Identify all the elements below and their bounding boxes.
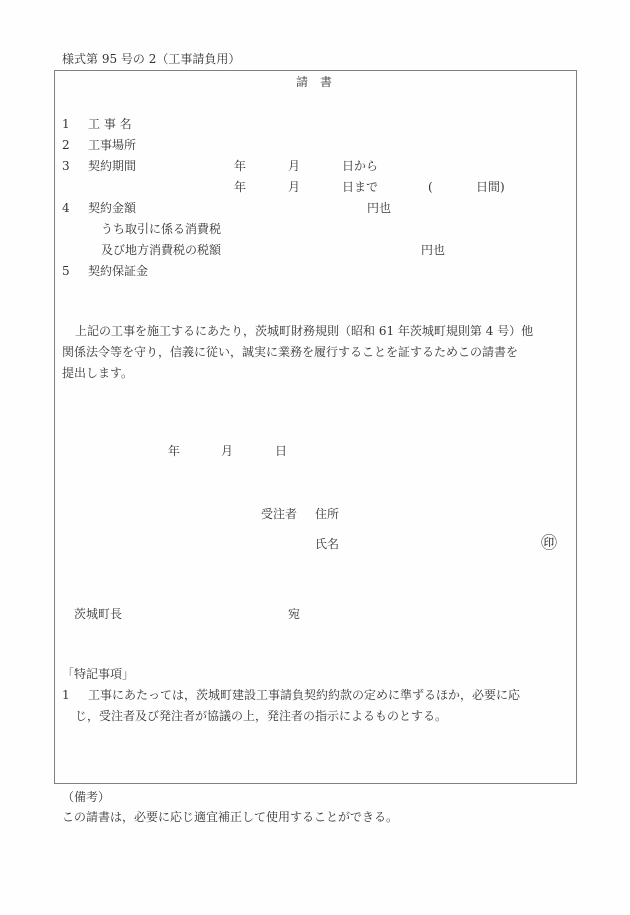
item-label-contract-guarantee: 契約保証金 xyxy=(88,264,148,278)
period-end-year: 年 xyxy=(234,180,246,194)
period-start-month: 月 xyxy=(288,159,300,173)
item-number: 3 xyxy=(62,159,70,173)
duration-open: ( xyxy=(428,180,433,194)
item-label-construction-name: 工 事 名 xyxy=(88,117,132,131)
item-number: 2 xyxy=(62,138,70,152)
item-number: 1 xyxy=(62,117,70,131)
special-notes-heading: 「特記事項」 xyxy=(62,667,134,681)
period-start-year: 年 xyxy=(234,159,246,173)
special-notes-number: 1 xyxy=(62,688,70,702)
item-label-contract-period: 契約期間 xyxy=(88,159,136,173)
date-month: 月 xyxy=(221,444,233,458)
remarks-text: この請書は，必要に応じ適宜補正して使用することができる。 xyxy=(62,810,398,824)
date-year: 年 xyxy=(168,444,180,458)
amount-unit: 円也 xyxy=(367,201,391,215)
period-end-day: 日まで xyxy=(342,180,378,194)
body-line: 関係法令等を守り，信義に従い，誠実に業務を履行することを証するためこの請書を xyxy=(62,345,518,359)
contractor-role: 受注者 xyxy=(261,507,297,521)
special-notes-line: じ，受注者及び発注者が協議の上，発注者の指示によるものとする。 xyxy=(75,709,447,723)
document-title: 請 書 xyxy=(296,75,332,89)
addressee-name: 茨城町長 xyxy=(74,607,122,621)
duration-close: 日間) xyxy=(476,180,505,194)
period-end-month: 月 xyxy=(288,180,300,194)
body-line: 提出します。 xyxy=(62,366,133,380)
tax-label-line1: うち取引に係る消費税 xyxy=(101,222,221,236)
form-number: 様式第 95 号の 2（工事請負用） xyxy=(62,52,240,66)
remarks-heading: （備考） xyxy=(62,790,110,804)
contractor-address-label: 住所 xyxy=(315,507,339,521)
tax-label-line2: 及び地方消費税の税額 xyxy=(101,243,221,257)
item-label-contract-amount: 契約金額 xyxy=(88,201,136,215)
period-start-day: 日から xyxy=(342,159,378,173)
date-day: 日 xyxy=(275,444,287,458)
body-line: 上記の工事を施工するにあたり，茨城町財務規則（昭和 61 年茨城町規則第 4 号… xyxy=(75,324,533,338)
tax-unit: 円也 xyxy=(421,243,445,257)
contractor-name-label: 氏名 xyxy=(315,537,339,551)
addressee-suffix: 宛 xyxy=(288,607,300,621)
item-label-construction-site: 工事場所 xyxy=(88,138,136,152)
special-notes-line: 工事にあたっては，茨城町建設工事請負契約約款の定めに準ずるほか，必要に応 xyxy=(88,688,520,702)
seal-icon: ㊞ xyxy=(541,535,557,551)
item-number: 4 xyxy=(62,201,70,215)
item-number: 5 xyxy=(62,264,70,278)
